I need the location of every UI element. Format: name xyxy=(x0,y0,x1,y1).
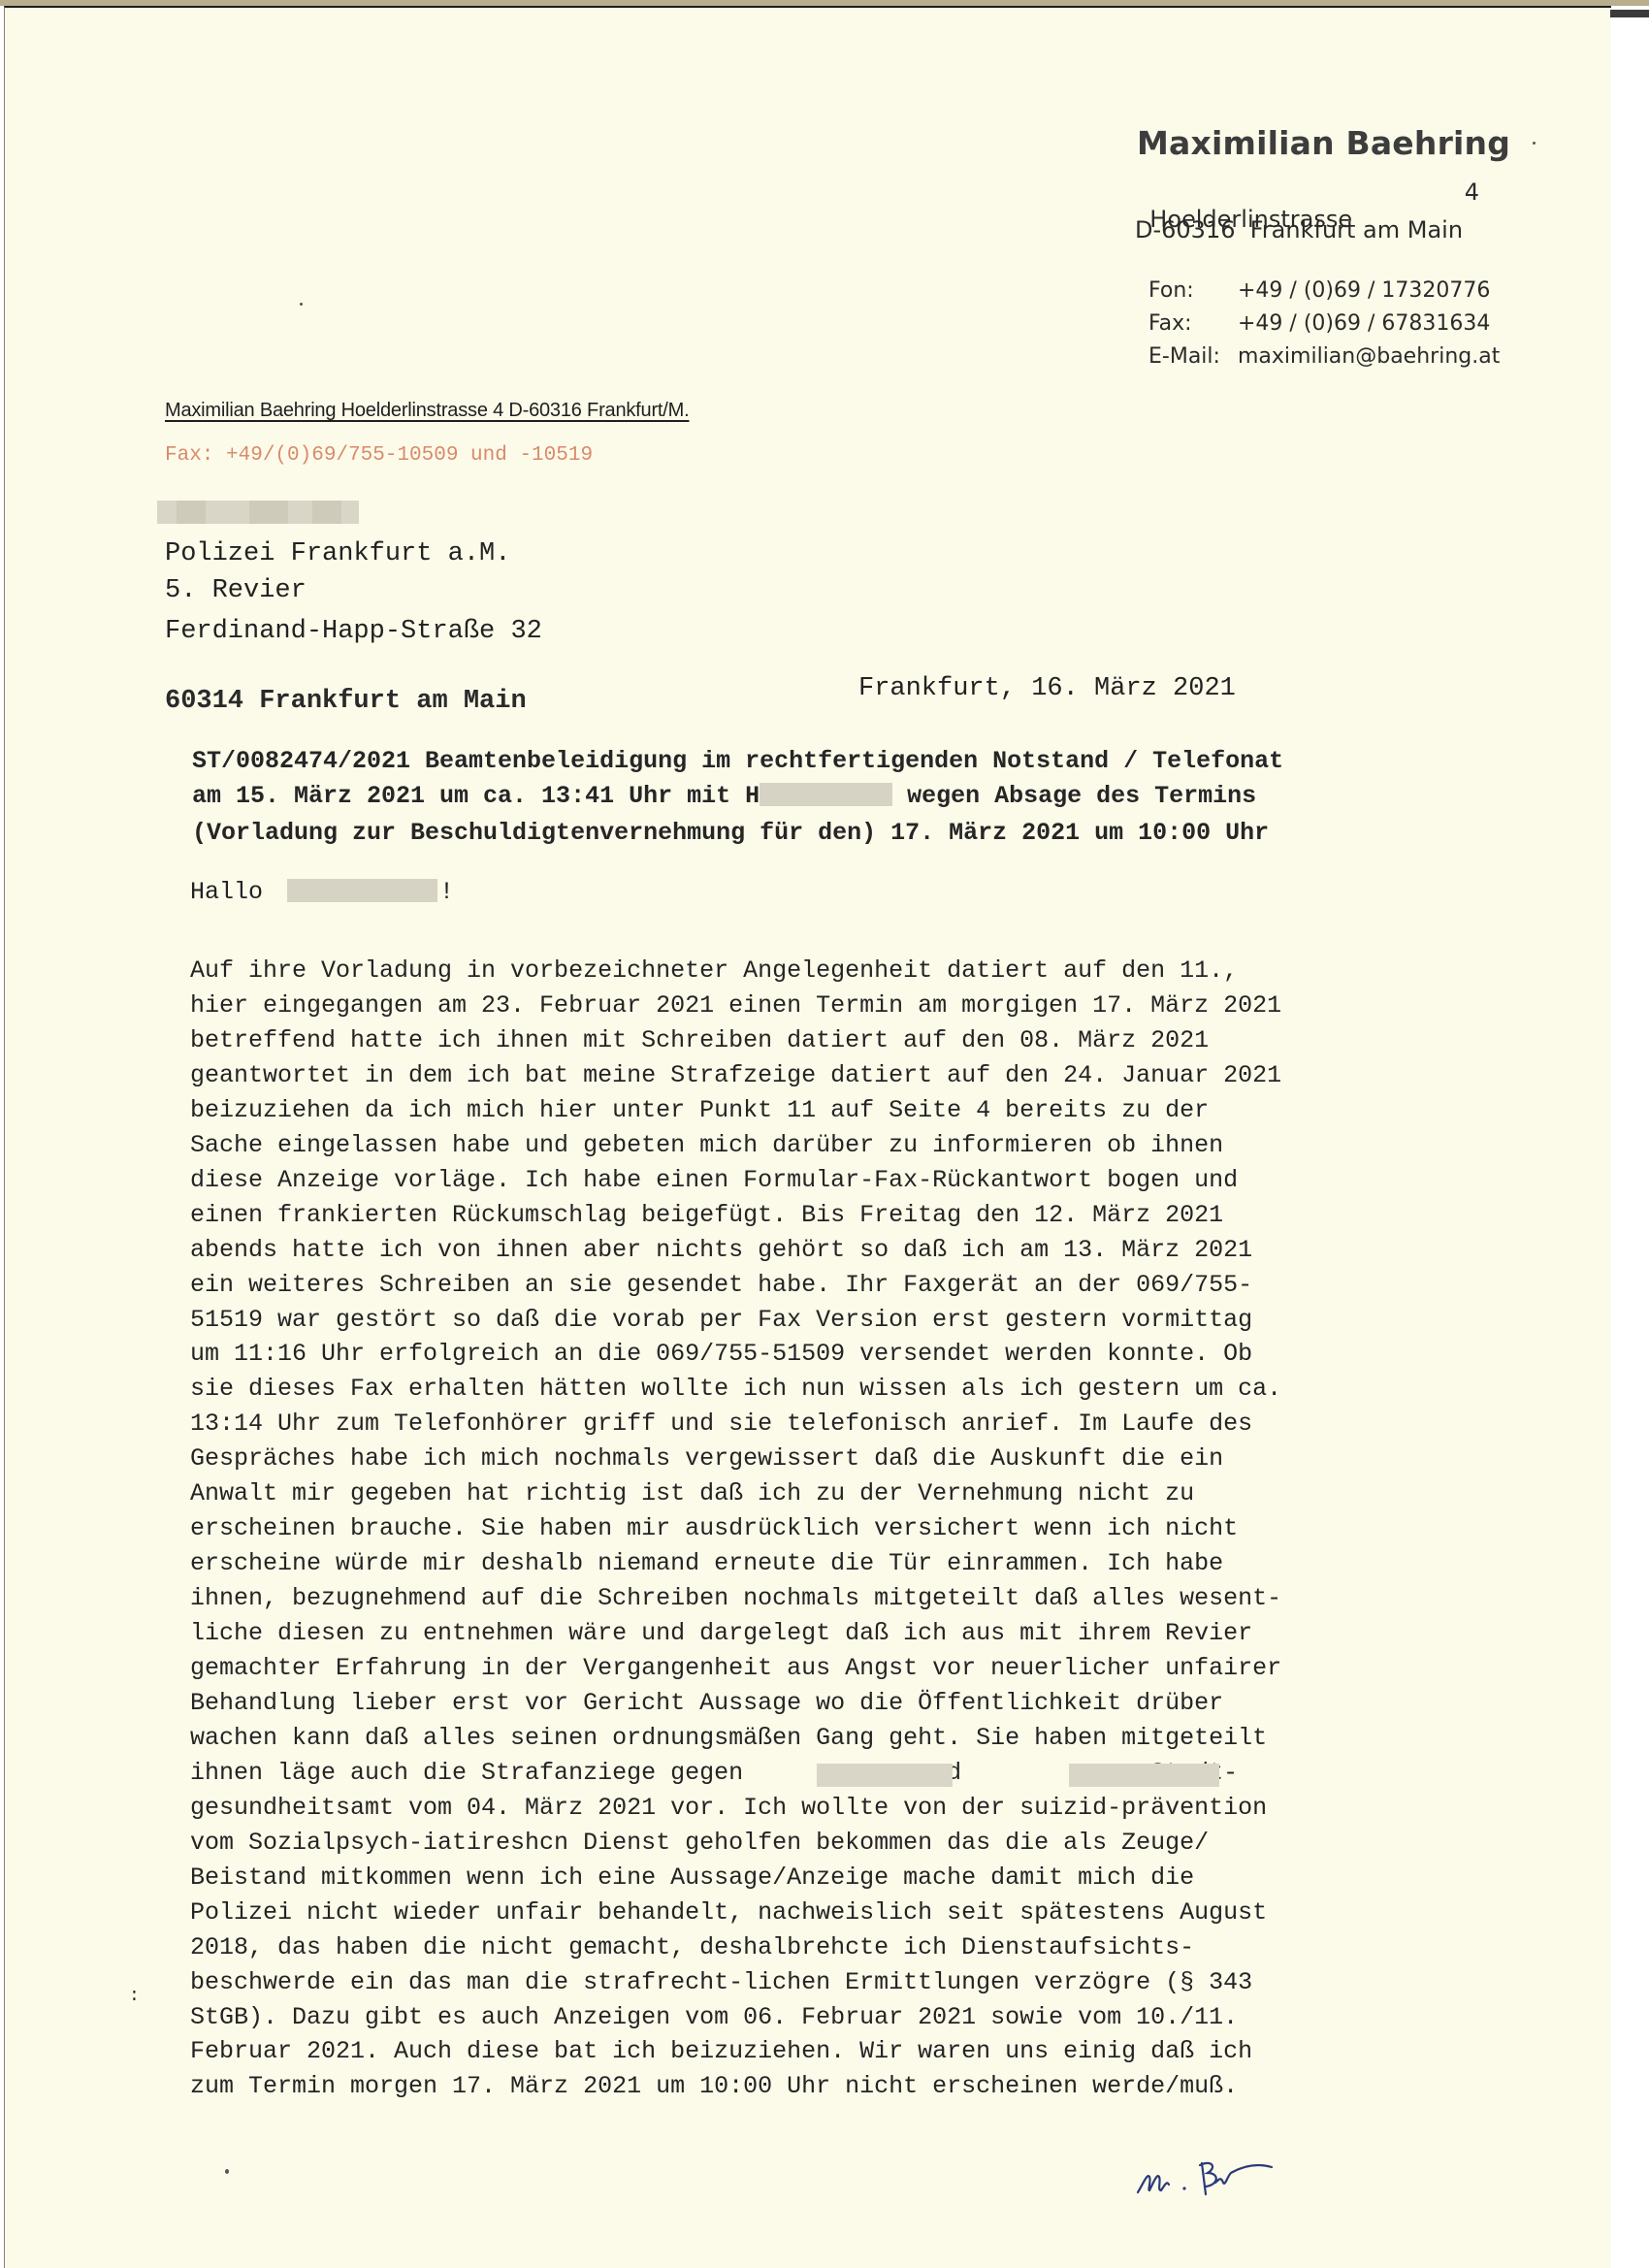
letterhead-name: Maximilian Baehring xyxy=(1137,124,1510,162)
redacted-name xyxy=(1069,1764,1219,1787)
scan-speck xyxy=(225,2169,229,2174)
body-line: liche diesen zu entnehmen wäre und darge… xyxy=(190,1619,1252,1647)
recipient-city: 60314 Frankfurt am Main xyxy=(165,687,527,716)
body-line: 51519 war gestört so daß die vorab per F… xyxy=(190,1306,1252,1334)
redacted-name xyxy=(287,879,437,902)
subject-line-1: ST/0082474/2021 Beamtenbeleidigung im re… xyxy=(192,747,1283,775)
body-line: 2018, das haben die nicht gemacht, desha… xyxy=(190,1933,1194,1961)
recipient-line-2: 5. Revier xyxy=(165,576,307,605)
scan-speck xyxy=(300,303,303,306)
letter-date: Frankfurt, 16. März 2021 xyxy=(858,674,1236,703)
body-line: beizuziehen da ich mich hier unter Punkt… xyxy=(190,1096,1209,1124)
body-line: vom Sozialpsych-iatireshcn Dienst geholf… xyxy=(190,1829,1209,1857)
body-line: Auf ihre Vorladung in vorbezeichneter An… xyxy=(190,956,1238,985)
letterhead-city: D-60316 Frankfurt am Main xyxy=(1135,216,1463,243)
margin-mark: : xyxy=(129,1987,140,2006)
body-line: Behandlung lieber erst vor Gericht Aussa… xyxy=(190,1689,1223,1717)
body-line: Sache eingelassen habe und gebeten mich … xyxy=(190,1131,1223,1159)
body-line: StGB). Dazu gibt es auch Anzeigen vom 06… xyxy=(190,2003,1238,2031)
body-line: Gespräches habe ich mich nochmals vergew… xyxy=(190,1444,1223,1473)
body-line: ihnen, bezugnehmend auf die Schreiben no… xyxy=(190,1584,1281,1612)
body-line: sie dieses Fax erhalten hätten wollte ic… xyxy=(190,1375,1281,1403)
greeting-punct: ! xyxy=(439,878,454,906)
greeting-word: Hallo xyxy=(190,878,277,906)
body-line: 13:14 Uhr zum Telefonhörer griff und sie… xyxy=(190,1409,1252,1438)
body-line: wachen kann daß alles seinen ordnungsmäß… xyxy=(190,1724,1267,1752)
body-line: einen frankierten Rückumschlag beigefügt… xyxy=(190,1201,1223,1229)
scan-speck xyxy=(1533,142,1536,145)
redacted-name xyxy=(817,1764,953,1787)
body-line: abends hatte ich von ihnen aber nichts g… xyxy=(190,1236,1252,1264)
redacted-name xyxy=(760,783,892,806)
body-line: hier eingegangen am 23. Februar 2021 ein… xyxy=(190,991,1281,1020)
body-line: beschwerde ein das man die strafrecht-li… xyxy=(190,1968,1252,1996)
body-line: Februar 2021. Auch diese bat ich beizuzi… xyxy=(190,2037,1252,2065)
body-line: betreffend hatte ich ihnen mit Schreiben… xyxy=(190,1026,1209,1054)
body-line: um 11:16 Uhr erfolgreich an die 069/755-… xyxy=(190,1340,1252,1368)
subject-line-2: am 15. März 2021 um ca. 13:41 Uhr mit H … xyxy=(192,782,1256,810)
body-line: geantwortet in dem ich bat meine Strafze… xyxy=(190,1061,1281,1089)
recipient-fax-line: Fax: +49/(0)69/755-10509 und -10519 xyxy=(165,444,593,467)
body-line: zum Termin morgen 17. März 2021 um 10:00… xyxy=(190,2072,1238,2100)
body-line: erscheinen brauche. Sie haben mir ausdrü… xyxy=(190,1514,1238,1542)
handwritten-signature: M. Bä xyxy=(1130,2144,1324,2212)
subject-line-2-start: am 15. März 2021 um ca. 13:41 Uhr mit H xyxy=(192,782,760,810)
body-line: gesundheitsamt vom 04. März 2021 vor. Ic… xyxy=(190,1794,1267,1822)
body-line: diese Anzeige vorläge. Ich habe einen Fo… xyxy=(190,1166,1238,1194)
body-line: gemachter Erfahrung in der Vergangenheit… xyxy=(190,1654,1281,1682)
recipient-line-1: Polizei Frankfurt a.M. xyxy=(165,539,510,568)
body-line: Beistand mitkommen wenn ich eine Aussage… xyxy=(190,1863,1194,1892)
redacted-block xyxy=(157,501,359,524)
body-line: Polizei nicht wieder unfair behandelt, n… xyxy=(190,1898,1267,1927)
subject-line-3: (Vorladung zur Beschuldigtenvernehmung f… xyxy=(192,819,1269,847)
letterhead-house-number: 4 xyxy=(1465,178,1479,206)
scan-edge-corner xyxy=(1610,10,1649,17)
body-line: ein weiteres Schreiben an sie gesendet h… xyxy=(190,1271,1252,1299)
recipient-line-3: Ferdinand-Happ-Straße 32 xyxy=(165,617,542,646)
subject-line-2-end: wegen Absage des Termins xyxy=(892,782,1256,810)
sender-return-line: Maximilian Baehring Hoelderlinstrasse 4 … xyxy=(165,400,689,422)
greeting: Hallo ! xyxy=(190,878,454,906)
email-label: E-Mail: xyxy=(1148,344,1238,369)
letterhead-email: E-Mail:maximilian@baehring.at xyxy=(1135,320,1500,369)
body-line: Anwalt mir gegeben hat richtig ist daß i… xyxy=(190,1479,1194,1507)
body-line: erscheine würde mir deshalb niemand erne… xyxy=(190,1549,1223,1577)
email-value: maximilian@baehring.at xyxy=(1238,344,1500,369)
